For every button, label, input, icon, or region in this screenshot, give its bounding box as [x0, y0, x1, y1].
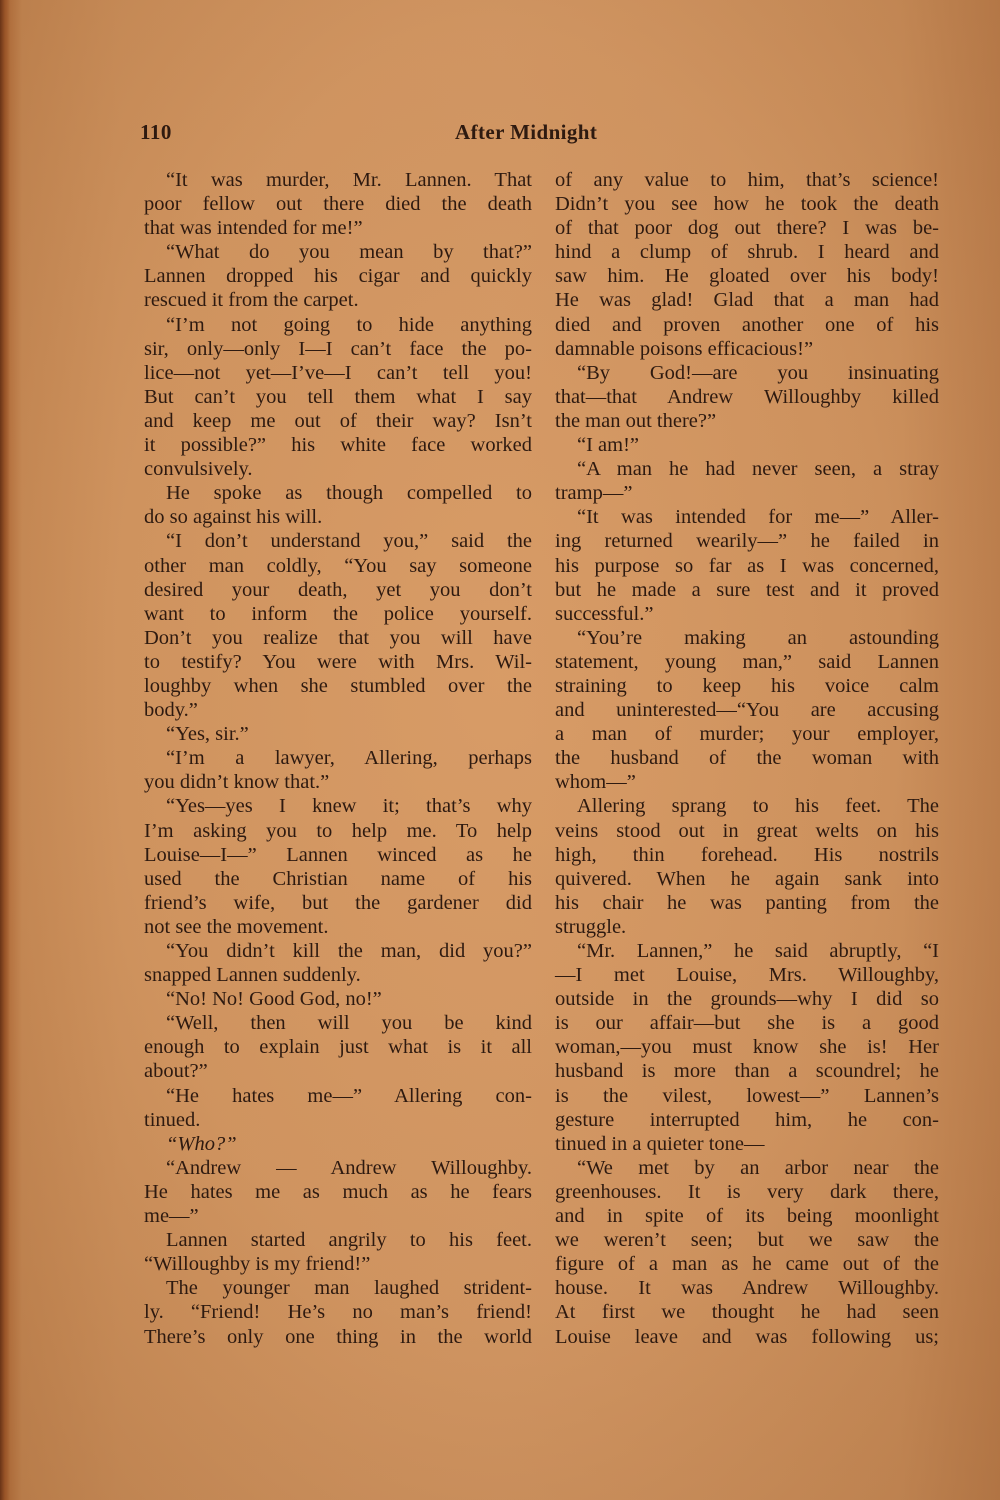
text-line: “Well, then will you be kind: [144, 1011, 532, 1035]
text-line: Lannen dropped his cigar and quickly: [144, 264, 532, 288]
text-line: “Yes, sir.”: [144, 722, 532, 746]
text-line: desired your death, yet you don’t: [144, 578, 532, 602]
text-line: “Andrew — Andrew Willoughby.: [144, 1156, 532, 1180]
text-line: poor fellow out there died the death: [144, 192, 532, 216]
text-line: do so against his will.: [144, 505, 532, 529]
text-line: “I don’t understand you,” said the: [144, 529, 532, 553]
text-line: “Who?”: [144, 1132, 532, 1156]
text-line: The younger man laughed strident-: [144, 1276, 532, 1300]
text-line: —I met Louise, Mrs. Willoughby,: [555, 963, 939, 987]
text-line: struggle.: [555, 915, 939, 939]
text-line: “Mr. Lannen,” he said abruptly, “I: [555, 939, 939, 963]
text-line: Louise leave and was following us;: [555, 1325, 939, 1349]
text-line: Louise—I—” Lannen winced as he: [144, 843, 532, 867]
text-line: snapped Lannen suddenly.: [144, 963, 532, 987]
text-line: and in spite of its being moonlight: [555, 1204, 939, 1228]
text-line: not see the movement.: [144, 915, 532, 939]
text-line: saw him. He gloated over his body!: [555, 264, 939, 288]
text-line: successful.”: [555, 602, 939, 626]
text-line: “You didn’t kill the man, did you?”: [144, 939, 532, 963]
text-line: “A man he had never seen, a stray: [555, 457, 939, 481]
text-line: used the Christian name of his: [144, 867, 532, 891]
text-line: rescued it from the carpet.: [144, 288, 532, 312]
text-line: want to inform the police yourself.: [144, 602, 532, 626]
text-line: that—that Andrew Willoughby killed: [555, 385, 939, 409]
text-line: There’s only one thing in the world: [144, 1325, 532, 1349]
text-line: veins stood out in great welts on his: [555, 819, 939, 843]
text-line: Don’t you realize that you will have: [144, 626, 532, 650]
text-line: “By God!—are you insinuating: [555, 361, 939, 385]
text-line: He hates me as much as he fears: [144, 1180, 532, 1204]
text-line: a man of murder; your employer,: [555, 722, 939, 746]
text-line: lice—not yet—I’ve—I can’t tell you!: [144, 361, 532, 385]
text-line: loughby when she stumbled over the: [144, 674, 532, 698]
text-line: is the vilest, lowest—” Lannen’s: [555, 1084, 939, 1108]
text-line: me—”: [144, 1204, 532, 1228]
text-line: about?”: [144, 1059, 532, 1083]
text-line: we weren’t seen; but we saw the: [555, 1228, 939, 1252]
text-line: tinued.: [144, 1108, 532, 1132]
text-line: But can’t you tell them what I say: [144, 385, 532, 409]
running-title: After Midnight: [455, 120, 597, 145]
text-line: “What do you mean by that?”: [144, 240, 532, 264]
text-line: “I’m not going to hide anything: [144, 313, 532, 337]
text-line: but he made a sure test and it proved: [555, 578, 939, 602]
text-line: statement, young man,” said Lannen: [555, 650, 939, 674]
text-line: quivered. When he again sank into: [555, 867, 939, 891]
text-line: enough to explain just what is it all: [144, 1035, 532, 1059]
text-line: Lannen started angrily to his feet.: [144, 1228, 532, 1252]
text-line: convulsively.: [144, 457, 532, 481]
text-line: outside in the grounds—why I did so: [555, 987, 939, 1011]
text-line: it possible?” his white face worked: [144, 433, 532, 457]
text-line: “It was intended for me—” Aller-: [555, 505, 939, 529]
text-line: his chair he was panting from the: [555, 891, 939, 915]
text-line: husband is more than a scoundrel; he: [555, 1059, 939, 1083]
page-number: 110: [140, 120, 172, 145]
text-line: He was glad! Glad that a man had: [555, 288, 939, 312]
text-line: damnable poisons efficacious!”: [555, 337, 939, 361]
text-line: “You’re making an astounding: [555, 626, 939, 650]
text-line: of any value to him, that’s science!: [555, 168, 939, 192]
text-line: to testify? You were with Mrs. Wil-: [144, 650, 532, 674]
text-line: is our affair—but she is a good: [555, 1011, 939, 1035]
text-line: Didn’t you see how he took the death: [555, 192, 939, 216]
text-line: the man out there?”: [555, 409, 939, 433]
text-line: At first we thought he had seen: [555, 1300, 939, 1324]
text-line: body.”: [144, 698, 532, 722]
text-line: tinued in a quieter tone—: [555, 1132, 939, 1156]
text-line: and keep me out of their way? Isn’t: [144, 409, 532, 433]
right-text-column: of any value to him, that’s science!Didn…: [555, 168, 939, 1349]
text-line: “He hates me—” Allering con-: [144, 1084, 532, 1108]
text-line: whom—”: [555, 770, 939, 794]
text-line: “Yes—yes I knew it; that’s why: [144, 794, 532, 818]
text-line: that was intended for me!”: [144, 216, 532, 240]
text-line: died and proven another one of his: [555, 313, 939, 337]
text-line: other man coldly, “You say someone: [144, 554, 532, 578]
text-line: “I am!”: [555, 433, 939, 457]
text-line: “Willoughby is my friend!”: [144, 1252, 532, 1276]
text-line: He spoke as though compelled to: [144, 481, 532, 505]
text-line: “No! No! Good God, no!”: [144, 987, 532, 1011]
text-line: sir, only—only I—I can’t face the po-: [144, 337, 532, 361]
text-line: ly. “Friend! He’s no man’s friend!: [144, 1300, 532, 1324]
text-line: of that poor dog out there? I was be-: [555, 216, 939, 240]
text-line: “We met by an arbor near the: [555, 1156, 939, 1180]
text-line: house. It was Andrew Willoughby.: [555, 1276, 939, 1300]
left-text-column: “It was murder, Mr. Lannen. Thatpoor fel…: [144, 168, 532, 1349]
text-line: his purpose so far as I was concerned,: [555, 554, 939, 578]
text-line: straining to keep his voice calm: [555, 674, 939, 698]
text-line: “I’m a lawyer, Allering, perhaps: [144, 746, 532, 770]
text-line: gesture interrupted him, he con-: [555, 1108, 939, 1132]
text-line: I’m asking you to help me. To help: [144, 819, 532, 843]
text-line: “It was murder, Mr. Lannen. That: [144, 168, 532, 192]
text-line: and uninterested—“You are accusing: [555, 698, 939, 722]
text-line: figure of a man as he came out of the: [555, 1252, 939, 1276]
book-spine-edge: [0, 0, 10, 1500]
text-line: friend’s wife, but the gardener did: [144, 891, 532, 915]
text-line: Allering sprang to his feet. The: [555, 794, 939, 818]
text-line: the husband of the woman with: [555, 746, 939, 770]
text-line: you didn’t know that.”: [144, 770, 532, 794]
text-line: tramp—”: [555, 481, 939, 505]
text-line: hind a clump of shrub. I heard and: [555, 240, 939, 264]
text-line: ing returned wearily—” he failed in: [555, 529, 939, 553]
text-line: high, thin forehead. His nostrils: [555, 843, 939, 867]
text-line: woman,—you must know she is! Her: [555, 1035, 939, 1059]
text-line: greenhouses. It is very dark there,: [555, 1180, 939, 1204]
